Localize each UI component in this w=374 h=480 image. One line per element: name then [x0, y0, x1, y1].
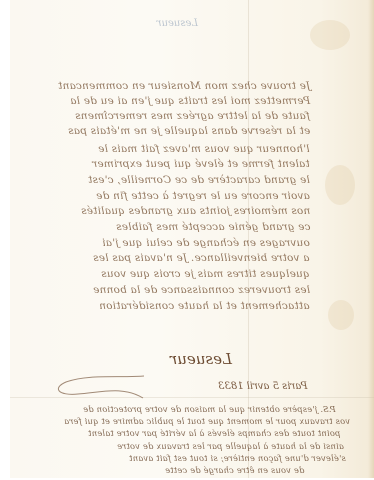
paper-stain [328, 300, 354, 330]
letter-line: les trouverez connaissance de la bonne [93, 284, 310, 296]
letter-line: a votre bienveillance. Je n'avais pas le… [93, 252, 310, 264]
postscript-line: ainsi de la haute à laquelle par les tra… [117, 441, 344, 451]
postscript-line: de vous en être chargé de cette [165, 465, 304, 475]
letter-line: ouvrages en échange de celui que j'ai [102, 237, 310, 249]
postscript-line: vos travaux pour le moment que tout le p… [64, 416, 350, 426]
letter-line: et la réserve dans laquelle je ne m'étai… [68, 125, 310, 137]
letter-line: nos mémoires joints aux grandes qualités [81, 205, 310, 217]
postscript-line: point toute des champs élevés à la vérit… [88, 428, 340, 438]
letter-date: Paris 5 avril 1833 [218, 381, 308, 392]
signature: Lesueur [122, 350, 232, 376]
letter-line: le grand caractère de ce Corneille, c'es… [88, 174, 310, 186]
letter-line: l'honneur que vous m'avez fait mais le [98, 143, 310, 155]
letter-line: avoir encore eu le regret à cette fin de [96, 190, 310, 202]
archival-annotation: Lesueur [118, 18, 198, 29]
letter-line: faute de la lettre agréez mes remercîmen… [75, 110, 310, 122]
letter-line: attachement et la haute considération [99, 300, 310, 312]
paper-stain [325, 165, 355, 205]
signature-flourish [48, 372, 148, 402]
letter-line: Permettez moi les traits que j'en ai eu … [70, 95, 310, 107]
letter-line: Je trouve chez mon Monsieur en commencan… [58, 80, 310, 92]
letter-line: talent ferme et élevé qui peut exprimer [92, 158, 310, 170]
postscript-line: P.S. j'espère obtenir que la maison de v… [83, 404, 336, 414]
letter-page: Lesueur Je trouve chez mon Monsieur en c… [10, 0, 374, 478]
paper-stain [310, 20, 350, 50]
postscript-line: s'élever d'une façon entière; si tout es… [129, 453, 346, 463]
letter-line: ce grand génie accepté mes faibles [116, 221, 310, 233]
letter-line: quelques titres mais je crois que vous [101, 268, 310, 280]
